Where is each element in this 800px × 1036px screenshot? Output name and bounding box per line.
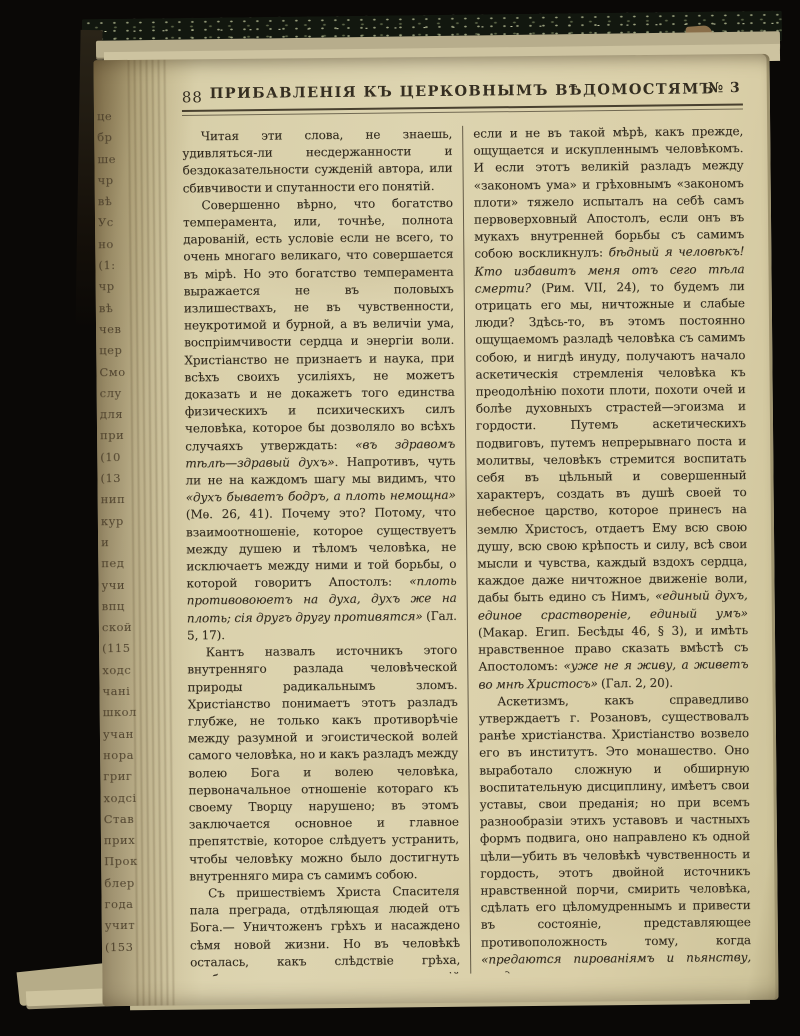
margin-fragment: це: [97, 106, 141, 128]
margin-fragment: вѣ: [99, 297, 143, 319]
margin-fragment: ходс: [102, 660, 146, 682]
margin-fragment: чр: [98, 170, 142, 192]
margin-fragment: при: [100, 425, 144, 447]
margin-fragment: (13: [100, 468, 144, 490]
paragraph: Съ пришествіемъ Христа Спасителя пала пр…: [189, 883, 460, 977]
quoted-text: «духъ бываетъ бодръ, а плоть немощна»: [186, 488, 456, 505]
margin-fragment: впц: [102, 596, 146, 618]
margin-fragment: года: [104, 894, 148, 916]
margin-fragment: учит: [105, 915, 149, 937]
margin-fragment: Став: [104, 809, 148, 831]
margin-fragment: Прок: [104, 851, 148, 873]
margin-fragment: ше: [97, 148, 141, 170]
journal-title: ПРИБАВЛЕНІЯ КЪ ЦЕРКОВНЫМЪ ВѢДОМОСТЯМЪ: [210, 80, 715, 102]
body-text: (Рим. VII, 24), то будемъ ли отрицать ег…: [475, 279, 748, 605]
body-text: Кантъ назвалъ источникъ этого внутренняг…: [187, 643, 459, 883]
margin-fragment: блер: [104, 872, 148, 894]
right-column: если и не въ такой мѣрѣ, какъ прежде, ощ…: [473, 123, 751, 974]
margin-fragment: пед: [101, 553, 145, 575]
margin-fragment: (10: [100, 447, 144, 469]
book-photo: цебршечрвѣУсно(1:чрвѣчевцерСмослудляпри(…: [0, 0, 800, 1036]
margin-fragment: (153: [105, 936, 149, 958]
quoted-text: «предаются пированіямъ и пьянству, сладо…: [481, 950, 751, 977]
margin-fragment: чані: [102, 681, 146, 703]
paragraph: Совершенно вѣрно, что богатство темперам…: [183, 195, 457, 645]
left-column: Читая эти слова, не знаешь, удивляться-л…: [182, 126, 460, 977]
margin-fragment: ской: [102, 617, 146, 639]
margin-fragment: но: [98, 234, 142, 256]
margin-fragment: кур: [101, 510, 145, 532]
page-header: 88 ПРИБАВЛЕНІЯ КЪ ЦЕРКОВНЫМЪ ВѢДОМОСТЯМЪ…: [182, 80, 743, 107]
body-text: (Гал. 2, 20).: [598, 675, 673, 690]
page-number: 88: [182, 88, 203, 106]
issue-number: № 3: [708, 80, 741, 96]
margin-fragment: (115: [102, 638, 146, 660]
margin-fragment: бр: [97, 127, 141, 149]
margin-fragment: чр: [99, 276, 143, 298]
margin-fragments: цебршечрвѣУсно(1:чрвѣчевцерСмослудляпри(…: [97, 106, 149, 958]
body-text: Читая эти слова, не знаешь, удивляться-л…: [182, 127, 452, 195]
paragraph: Кантъ назвалъ источникъ этого внутренняг…: [187, 642, 459, 885]
body-text: Аскетизмъ, какъ справедливо утверждаетъ …: [479, 692, 751, 949]
margin-fragment: чев: [99, 319, 143, 341]
margin-fragment: учан: [103, 723, 147, 745]
column-divider: [462, 126, 471, 974]
margin-fragment: и: [101, 532, 145, 554]
body-text: если и не въ такой мѣрѣ, какъ прежде, ощ…: [473, 124, 744, 261]
margin-fragment: нип: [101, 489, 145, 511]
paragraph: Аскетизмъ, какъ справедливо утверждаетъ …: [479, 691, 752, 977]
body-text: Совершенно вѣрно, что богатство темперам…: [183, 196, 455, 453]
page-content: 88 ПРИБАВЛЕНІЯ КЪ ЦЕРКОВНЫМЪ ВѢДОМОСТЯМЪ…: [181, 54, 751, 1005]
margin-fragment: григ: [103, 766, 147, 788]
page: цебршечрвѣУсно(1:чрвѣчевцерСмослудляпри(…: [93, 54, 778, 1006]
margin-fragment: вѣ: [98, 191, 142, 213]
paragraph: Читая эти слова, не знаешь, удивляться-л…: [182, 126, 453, 197]
margin-fragment: слу: [100, 383, 144, 405]
margin-fragment: ходсі: [103, 787, 147, 809]
margin-fragment: цер: [99, 340, 143, 362]
margin-fragment: прих: [104, 830, 148, 852]
body-text: Съ пришествіемъ Христа Спасителя пала пр…: [190, 884, 461, 977]
paragraph: если и не въ такой мѣрѣ, какъ прежде, ощ…: [473, 123, 748, 693]
margin-fragment: Смо: [99, 361, 143, 383]
margin-fragment: нора: [103, 745, 147, 767]
margin-fragment: (1:: [98, 255, 142, 277]
margin-fragment: школ: [103, 702, 147, 724]
margin-fragment: учи: [101, 574, 145, 596]
text-columns: Читая эти слова, не знаешь, удивляться-л…: [182, 123, 751, 976]
margin-fragment: Ус: [98, 212, 142, 234]
margin-fragment: для: [100, 404, 144, 426]
